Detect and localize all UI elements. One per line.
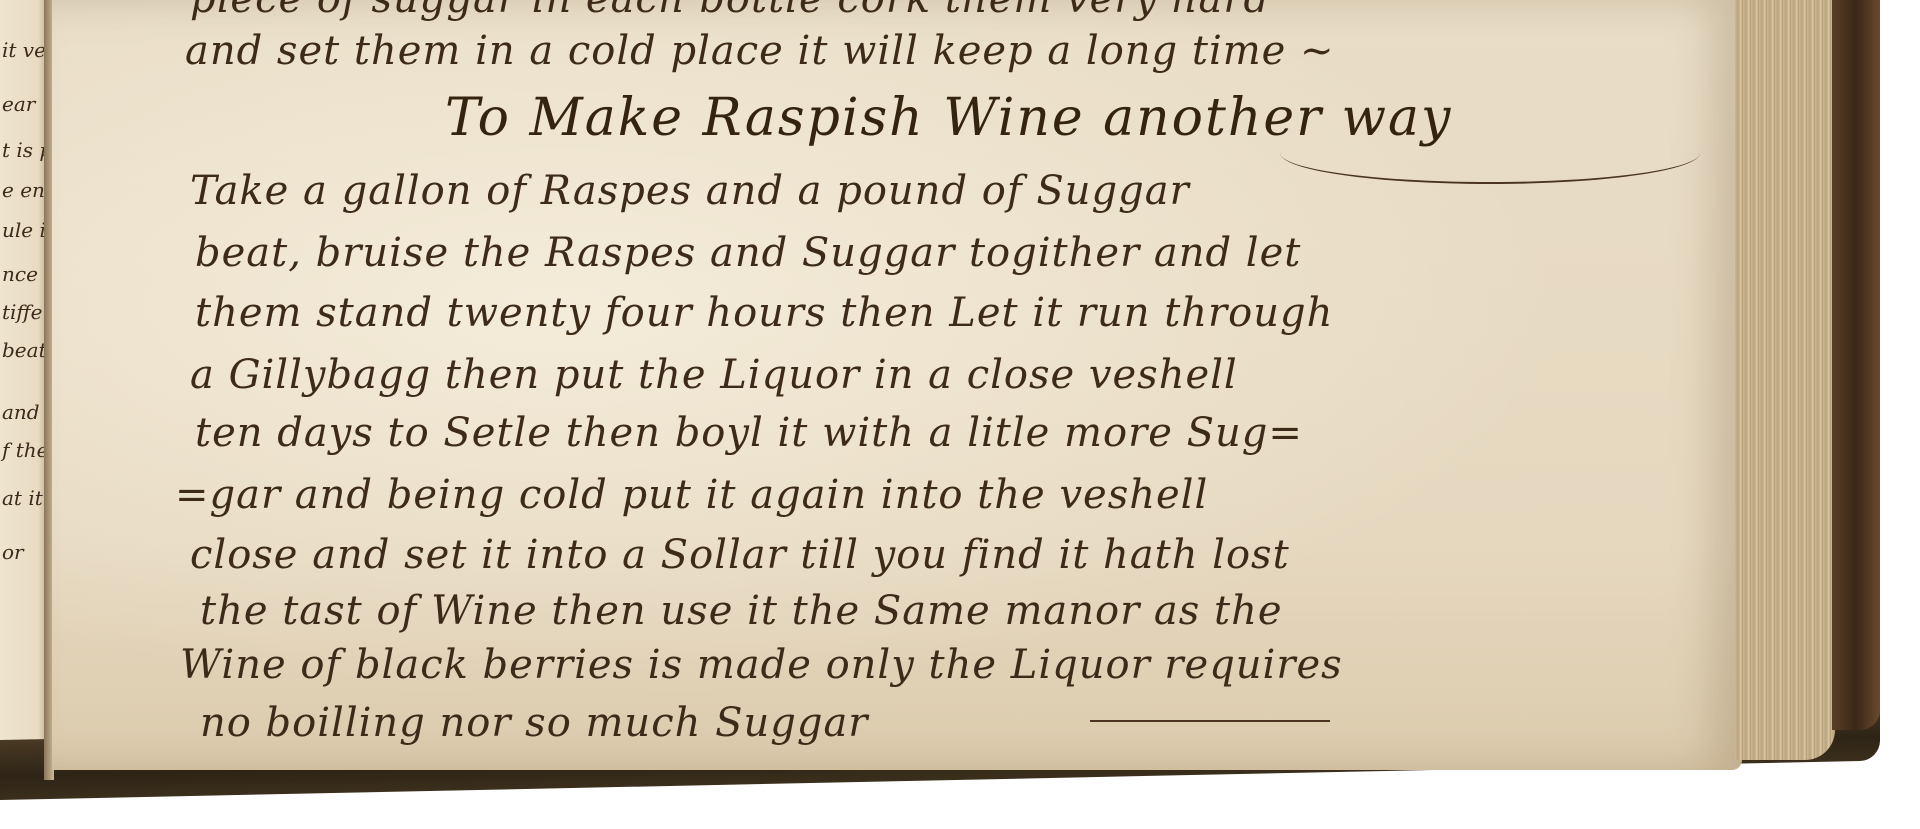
- left-page-fragment: it very: [2, 38, 48, 62]
- left-page-fragment: nce of: [2, 262, 48, 286]
- left-page-fragment: ear: [2, 92, 35, 116]
- recipe-line: beat, bruise the Raspes and Suggar togit…: [195, 230, 1301, 276]
- recipe-line: them stand twenty four hours then Let it…: [195, 290, 1333, 336]
- continuation-line: and set them in a cold place it will kee…: [185, 28, 1335, 74]
- left-page-fragment: f the: [2, 438, 48, 462]
- page-edges: [1735, 0, 1835, 760]
- recipe-line: close and set it into a Sollar till you …: [190, 532, 1290, 578]
- line-end-flourish: [1090, 720, 1330, 722]
- left-page-fragment: tiffen: [2, 300, 48, 324]
- title-flourish: [1280, 122, 1700, 184]
- left-page-fragment: at it: [2, 486, 43, 510]
- recipe-line: Wine of black berries is made only the L…: [180, 642, 1343, 688]
- left-page-fragment: and: [2, 400, 40, 424]
- left-page-fragment: beat: [2, 338, 47, 362]
- recipe-line: =gar and being cold put it again into th…: [175, 472, 1208, 518]
- recipe-line: no boilling nor so much Suggar: [200, 700, 868, 746]
- recipe-line: Take a gallon of Raspes and a pound of S…: [190, 168, 1190, 214]
- left-page-fragment: e enou: [2, 178, 48, 202]
- recipe-line: the tast of Wine then use it the Same ma…: [200, 588, 1283, 634]
- recipe-line: a Gillybagg then put the Liquor in a clo…: [190, 352, 1238, 398]
- continuation-line: piece of suggar in each bottle cork them…: [190, 0, 1270, 22]
- left-page-fragment: or: [2, 540, 24, 564]
- left-page-margin: it very ear t is pro e enou ule its nce …: [0, 0, 48, 770]
- left-page-fragment: ule its: [2, 218, 48, 242]
- recipe-line: ten days to Setle then boyl it with a li…: [195, 410, 1303, 456]
- book-cover-edge: [1832, 0, 1880, 730]
- left-page-fragment: t is pro: [2, 138, 48, 162]
